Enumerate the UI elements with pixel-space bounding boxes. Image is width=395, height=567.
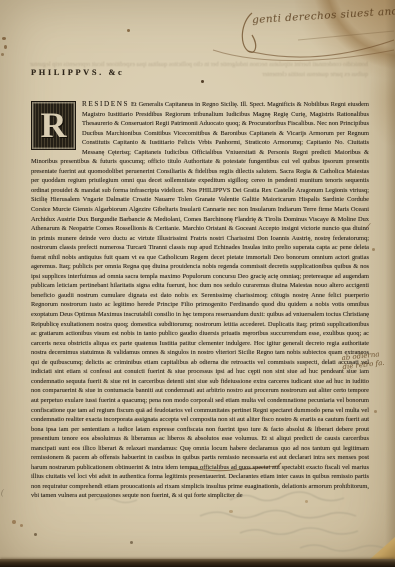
- foxing-spot: [2, 37, 6, 40]
- foxing-spot: [374, 410, 377, 413]
- body-text-block: R RESIDENS Et Generalis Capitaneus in Re…: [31, 100, 369, 512]
- page-bottom-edge: [0, 559, 395, 567]
- foxing-spot: [20, 524, 23, 527]
- woodcut-initial: R: [31, 101, 76, 150]
- page-edge-shade: [385, 0, 395, 567]
- foxing-spot: [1, 53, 4, 56]
- foxing-spot: [12, 520, 16, 524]
- foxing-spot: [130, 541, 133, 544]
- foxing-spot: [34, 533, 37, 536]
- left-margin-mark: (: [1, 488, 4, 497]
- manuscript-page: homicidio condemnati fuerint stipulatus …: [0, 0, 395, 567]
- body-text: Et Generalis Capitaneus in Regno Sicilię…: [31, 101, 369, 499]
- body-lead-caps: RESIDENS: [82, 100, 129, 108]
- foxing-spot: [4, 45, 7, 49]
- page-heading: PHILIPPVS. &c: [31, 68, 124, 77]
- foxing-spot: [372, 248, 375, 251]
- foxing-spot: [127, 29, 130, 32]
- ink-blot: [201, 80, 204, 83]
- drop-cap-letter: R: [41, 105, 67, 145]
